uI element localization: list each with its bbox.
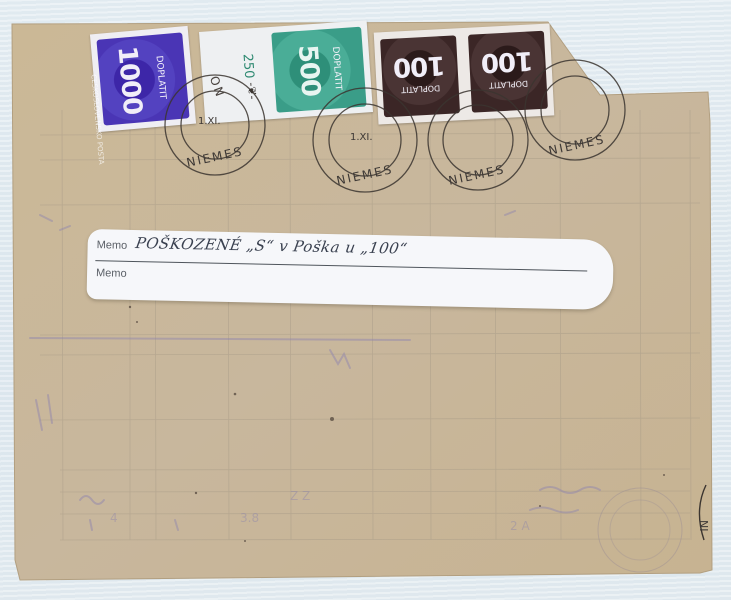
stamp-pair-100: 100 DOPLATIT 100 DOPLATIT (374, 23, 555, 124)
memo-label-strip: Memo POŠKOZENÉ „S“ v Poška u „100“ Memo (87, 229, 614, 310)
postmark-date: 1.XI. (198, 116, 221, 127)
memo-label-2: Memo (96, 267, 127, 280)
svg-text:3.8: 3.8 (240, 511, 259, 525)
memo-label-1: Memo (97, 239, 128, 252)
stamp-postage-due-100-right: 100 DOPLATIT (462, 23, 555, 119)
stamp-postage-due-500-with-selvage: 250 -❦- 500 DOPLATIT (199, 20, 373, 123)
stamp-postage-due-100-left: 100 DOPLATIT (374, 28, 467, 124)
postmark-date: 1.XI. (350, 132, 373, 143)
stamp-value: 500 (292, 44, 326, 97)
stamp-postage-due-1000: 1000 DOPLATIT CESKOSLOVENSKO POSTA (90, 26, 196, 132)
stamp-value: 1000 (111, 45, 147, 116)
stamp-value: 100 (393, 49, 446, 82)
svg-text:2 A: 2 A (510, 519, 530, 533)
memo-underline (95, 260, 587, 271)
postal-document: Z Z 3.8 4 2 A NI 1000 DOPLATIT CESKOSLOV… (0, 0, 731, 600)
stamp-postage-due-500: 500 DOPLATIT (265, 20, 373, 119)
stamp-value: 100 (481, 45, 534, 78)
selvage-ornament: -❦- (245, 82, 259, 100)
selvage-plate-number: 250 (240, 53, 257, 79)
svg-text:4: 4 (110, 511, 118, 525)
svg-text:NI: NI (697, 520, 710, 531)
memo-handwritten-note: POŠKOZENÉ „S“ v Poška u „100“ (134, 234, 409, 258)
svg-text:Z Z: Z Z (290, 489, 310, 503)
